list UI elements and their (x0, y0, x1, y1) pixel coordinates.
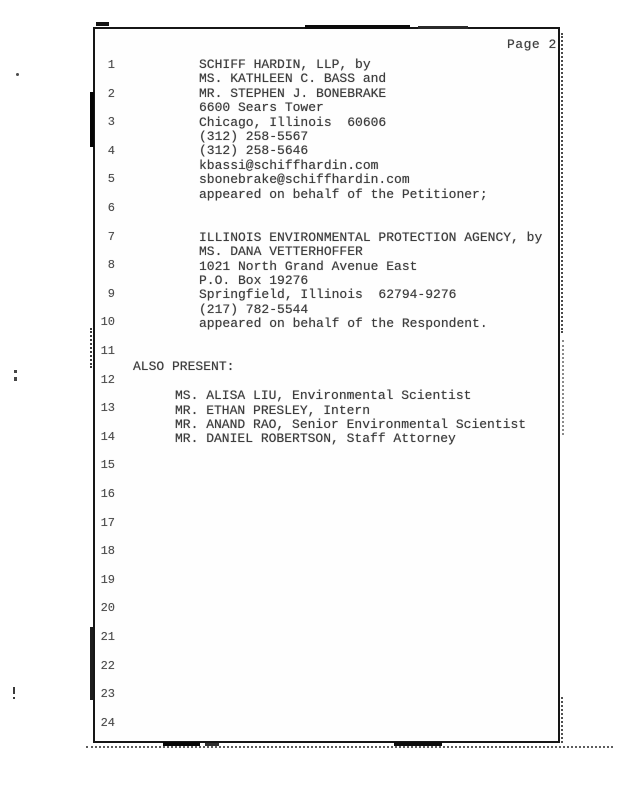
line-number: 2 (97, 87, 115, 101)
scan-artifact-right-dotted-line-2 (562, 340, 564, 435)
transcript-line: MS. KATHLEEN C. BASS and (199, 72, 386, 86)
transcript-line: (217) 782-5544 (199, 303, 308, 317)
transcript-line: MR. ANAND RAO, Senior Environmental Scie… (175, 418, 526, 432)
transcript-line: MS. DANA VETTERHOFFER (199, 245, 363, 259)
scan-artifact-bottom-dotted-noise (86, 746, 613, 748)
line-number: 23 (97, 687, 115, 701)
transcript-line: (312) 258-5567 (199, 130, 308, 144)
line-number: 3 (97, 115, 115, 129)
transcript-line: appeared on behalf of the Petitioner; (199, 188, 488, 202)
page-frame: Page 2 123456789101112131415161718192021… (93, 27, 560, 743)
transcript-line: kbassi@schiffhardin.com (199, 159, 378, 173)
transcript-line: 1021 North Grand Avenue East (199, 260, 417, 274)
page-number: Page 2 (507, 38, 557, 52)
line-number: 19 (97, 573, 115, 587)
scan-artifact-margin-mark-2 (14, 377, 17, 381)
transcript-line: MR. ETHAN PRESLEY, Intern (175, 404, 370, 418)
line-number: 15 (97, 458, 115, 472)
line-number: 10 (97, 315, 115, 329)
scan-artifact-left-border-dots (90, 328, 92, 368)
transcript-line: MR. STEPHEN J. BONEBRAKE (199, 87, 386, 101)
scan-artifact-right-dotted-line (561, 33, 563, 333)
transcript-line: (312) 258-5646 (199, 144, 308, 158)
scanned-transcript-page: Page 2 123456789101112131415161718192021… (0, 0, 618, 800)
line-number: 4 (97, 144, 115, 158)
scan-artifact-margin-tick-dot (13, 697, 15, 699)
transcript-line: ILLINOIS ENVIRONMENTAL PROTECTION AGENCY… (199, 231, 542, 245)
line-number: 20 (97, 601, 115, 615)
line-number: 21 (97, 630, 115, 644)
transcript-line: Chicago, Illinois 60606 (199, 116, 386, 130)
transcript-line: P.O. Box 19276 (199, 274, 308, 288)
scan-artifact-margin-speck (16, 73, 19, 76)
line-number: 6 (97, 201, 115, 215)
line-number: 8 (97, 258, 115, 272)
line-number: 24 (97, 716, 115, 730)
transcript-line: MS. ALISA LIU, Environmental Scientist (175, 389, 471, 403)
line-number: 9 (97, 287, 115, 301)
line-number: 7 (97, 230, 115, 244)
transcript-line: sbonebrake@schiffhardin.com (199, 173, 410, 187)
line-number: 5 (97, 172, 115, 186)
transcript-line: ALSO PRESENT: (133, 360, 234, 374)
transcript-line: MR. DANIEL ROBERTSON, Staff Attorney (175, 432, 456, 446)
transcript-line: 6600 Sears Tower (199, 101, 324, 115)
scan-artifact-bottom-border-smudge-3 (205, 743, 219, 746)
line-number: 11 (97, 344, 115, 358)
scan-artifact-margin-tick (13, 687, 15, 694)
line-number: 12 (97, 373, 115, 387)
scan-artifact-top-left-tick (96, 22, 109, 26)
line-number: 22 (97, 659, 115, 673)
line-number: 16 (97, 487, 115, 501)
line-number: 18 (97, 544, 115, 558)
line-number: 13 (97, 401, 115, 415)
line-number: 17 (97, 516, 115, 530)
transcript-line: SCHIFF HARDIN, LLP, by (199, 58, 371, 72)
scan-artifact-right-dotted-line-3 (561, 697, 563, 743)
transcript-line: appeared on behalf of the Respondent. (199, 317, 488, 331)
scan-artifact-margin-mark (14, 370, 17, 373)
line-number: 14 (97, 430, 115, 444)
transcript-line: Springfield, Illinois 62794-9276 (199, 288, 456, 302)
line-number: 1 (97, 58, 115, 72)
